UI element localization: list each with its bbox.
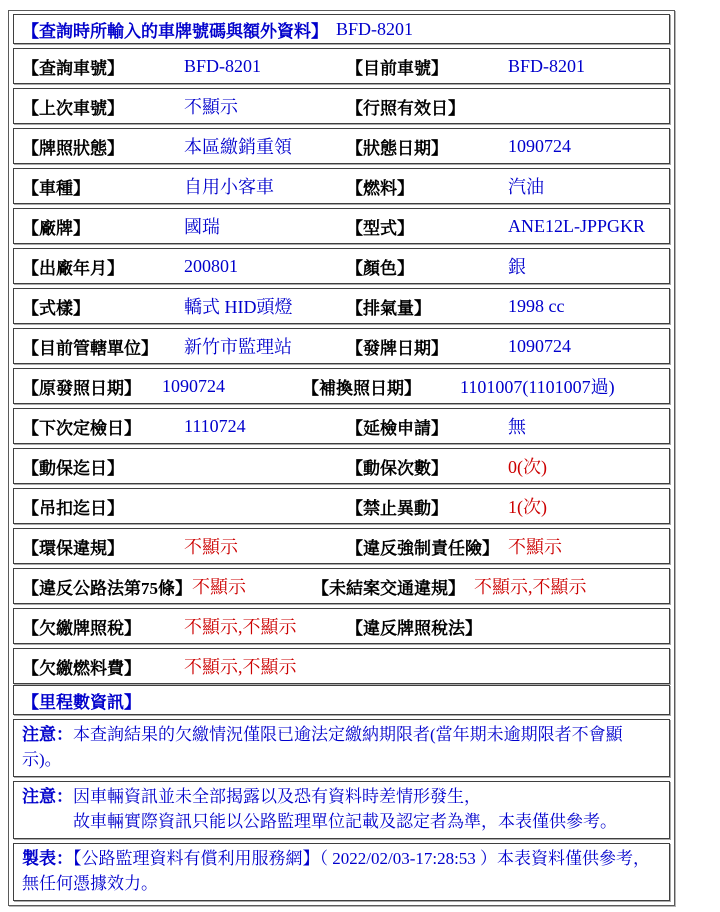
note-data-disclaimer: 注意：因車輛資訊並未全部揭露以及恐有資料時差情形發生， 故車輛實際資訊只能以公路… [13,781,670,839]
field-value: 1090724 [162,376,302,397]
table-row: 【違反公路法第75條】不顯示【未結案交通違規】不顯示,不顯示 [13,568,670,604]
field-label: 【燃料】 [346,174,508,199]
query-input-plate-value: BFD-8201 [336,19,413,40]
field-value: 汽油 [508,173,665,199]
table-row: 【車種】自用小客車【燃料】汽油 [13,168,670,204]
field-label: 【發牌日期】 [346,334,508,359]
field-value: 無 [508,413,665,439]
field-label: 【廠牌】 [22,214,184,239]
field-value: 1090724 [508,136,665,157]
table-row: 【牌照狀態】本區繳銷重領【狀態日期】1090724 [13,128,670,164]
field-label: 【車種】 [22,174,184,199]
table-row: 【查詢車號】BFD-8201【目前車號】BFD-8201 [13,48,670,84]
field-rows-container: 【查詢車號】BFD-8201【目前車號】BFD-8201【上次車號】不顯示【行照… [13,48,670,684]
mileage-section-header-row: 【里程數資訊】 [13,685,670,715]
field-value: 1(次) [508,493,665,519]
field-label: 【行照有效日】 [346,94,508,119]
note-overdue-payment: 注意：本查詢結果的欠繳情況僅限已逾法定繳納期限者(當年期未逾期限者不會顯示)。 [13,719,670,777]
table-row: 【欠繳牌照稅】不顯示,不顯示【違反牌照稅法】 [13,608,670,644]
field-value: 1101007(1101007過) [460,373,665,399]
field-label: 【出廠年月】 [22,254,184,279]
note-lead: 製表： [22,849,73,868]
field-label: 【型式】 [346,214,508,239]
vehicle-query-result-table: 【查詢時所輸入的車牌號碼與額外資料】 BFD-8201 【查詢車號】BFD-82… [8,10,675,906]
field-value: 不顯示 [184,93,346,119]
table-row: 【原發照日期】1090724【補換照日期】1101007(1101007過) [13,368,670,404]
table-row: 【目前管轄單位】新竹市監理站【發牌日期】1090724 [13,328,670,364]
field-label: 【延檢申請】 [346,414,508,439]
field-value: BFD-8201 [184,56,346,77]
field-label: 【禁止異動】 [346,494,508,519]
field-label: 【違反牌照稅法】 [346,614,508,639]
table-row: 【上次車號】不顯示【行照有效日】 [13,88,670,124]
note-body: 本查詢結果的欠繳情況僅限已逾法定繳納期限者(當年期未逾期限者不會顯示)。 [22,725,623,769]
field-value: 不顯示,不顯示 [474,573,665,599]
field-value: 國瑞 [184,213,346,239]
field-label: 【違反強制責任險】 [346,534,508,559]
table-row: 【環保違規】不顯示【違反強制責任險】不顯示 [13,528,670,564]
field-value: 新竹市監理站 [184,333,346,359]
field-value: 0(次) [508,453,665,479]
field-value: 本區繳銷重領 [184,133,346,159]
note-body: 因車輛資訊並未全部揭露以及恐有資料時差情形發生， 故車輛實際資訊只能以公路監理單… [22,787,617,831]
table-row: 【吊扣迄日】【禁止異動】1(次) [13,488,670,524]
note-report-source: 製表：【公路監理資料有償利用服務網】（ 2022/02/03-17:28:53 … [13,843,670,901]
note-body: 【公路監理資料有償利用服務網】（ 2022/02/03-17:28:53 ）本表… [22,849,650,893]
field-value: BFD-8201 [508,56,665,77]
table-row: 【出廠年月】200801【顏色】銀 [13,248,670,284]
note-lead: 注意： [22,725,73,744]
field-label: 【排氣量】 [346,294,508,319]
field-value: 1110724 [184,416,346,437]
field-value: 200801 [184,256,346,277]
field-value: 轎式 HID頭燈 [184,293,346,319]
field-label: 【環保違規】 [22,534,184,559]
field-value: 不顯示,不顯示 [184,613,346,639]
field-label: 【動保次數】 [346,454,508,479]
field-label: 【動保迄日】 [22,454,184,479]
field-value: 銀 [508,253,665,279]
field-value: ANE12L-JPPGKR [508,216,665,237]
table-row: 【廠牌】國瑞【型式】ANE12L-JPPGKR [13,208,670,244]
field-label: 【欠繳燃料費】 [22,654,184,679]
field-label: 【違反公路法第75條】 [22,574,192,599]
field-value: 不顯示 [508,533,665,559]
field-value: 1998 cc [508,296,665,317]
mileage-section-header-label: 【里程數資訊】 [22,688,141,713]
field-value: 不顯示 [184,533,346,559]
field-label: 【查詢車號】 [22,54,184,79]
field-label: 【未結案交通違規】 [312,574,474,599]
note-lead: 注意： [22,787,73,806]
query-input-header-label: 【查詢時所輸入的車牌號碼與額外資料】 [22,17,328,42]
field-label: 【原發照日期】 [22,374,162,399]
field-label: 【目前管轄單位】 [22,334,184,359]
table-row: 【動保迄日】【動保次數】0(次) [13,448,670,484]
field-label: 【補換照日期】 [302,374,460,399]
field-label: 【上次車號】 [22,94,184,119]
field-label: 【式樣】 [22,294,184,319]
field-label: 【牌照狀態】 [22,134,184,159]
table-row: 【式樣】轎式 HID頭燈【排氣量】1998 cc [13,288,670,324]
field-value: 不顯示 [192,573,312,599]
field-label: 【欠繳牌照稅】 [22,614,184,639]
table-row: 【下次定檢日】1110724【延檢申請】無 [13,408,670,444]
field-value: 不顯示,不顯示 [184,653,346,679]
field-label: 【目前車號】 [346,54,508,79]
field-label: 【吊扣迄日】 [22,494,184,519]
field-label: 【下次定檢日】 [22,414,184,439]
query-input-header-row: 【查詢時所輸入的車牌號碼與額外資料】 BFD-8201 [13,14,670,44]
field-label: 【狀態日期】 [346,134,508,159]
field-label: 【顏色】 [346,254,508,279]
field-value: 自用小客車 [184,173,346,199]
field-value: 1090724 [508,336,665,357]
table-row: 【欠繳燃料費】不顯示,不顯示 [13,648,670,684]
